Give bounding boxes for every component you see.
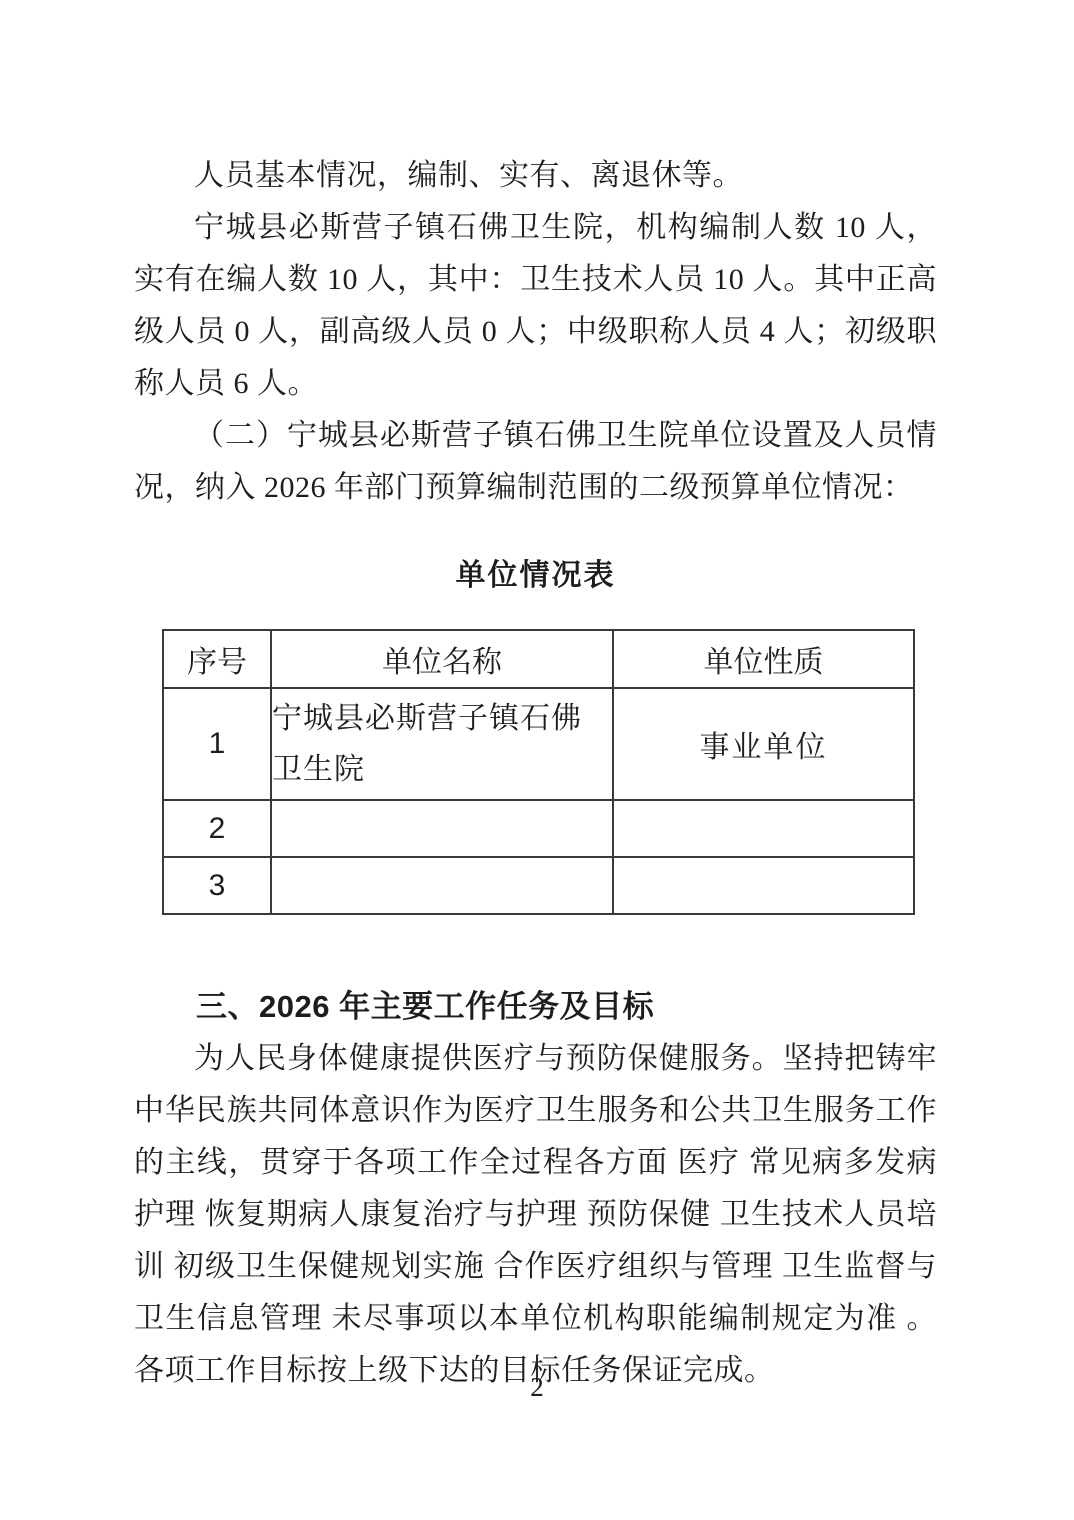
table-title: 单位情况表 xyxy=(134,556,937,596)
cell-serial-number: 1 xyxy=(163,688,271,800)
document-page: 人员基本情况，编制、实有、离退休等。 宁城县必斯营子镇石佛卫生院，机构编制人数 … xyxy=(0,0,1074,1520)
header-unit-name: 单位名称 xyxy=(271,630,613,688)
paragraph-personnel-basics: 人员基本情况，编制、实有、离退休等。 xyxy=(134,150,937,202)
header-unit-nature: 单位性质 xyxy=(613,630,914,688)
page-number: 2 xyxy=(0,1372,1074,1403)
cell-unit-nature: 事业单位 xyxy=(613,688,914,800)
cell-serial-number: 3 xyxy=(163,857,271,914)
cell-unit-nature xyxy=(613,800,914,857)
cell-unit-name: 宁城县必斯营子镇石佛卫生院 xyxy=(271,688,613,800)
header-serial-number: 序号 xyxy=(163,630,271,688)
page-content: 人员基本情况，编制、实有、离退休等。 宁城县必斯营子镇石佛卫生院，机构编制人数 … xyxy=(0,0,1074,1397)
cell-serial-number: 2 xyxy=(163,800,271,857)
unit-situation-table: 序号 单位名称 单位性质 1 宁城县必斯营子镇石佛卫生院 事业单位 2 3 xyxy=(162,629,915,915)
table-row: 2 xyxy=(163,800,914,857)
cell-unit-name xyxy=(271,800,613,857)
paragraph-staffing-numbers: 宁城县必斯营子镇石佛卫生院，机构编制人数 10 人，实有在编人数 10 人，其中… xyxy=(134,202,937,410)
cell-unit-name xyxy=(271,857,613,914)
section-heading-2026-tasks: 三、2026 年主要工作任务及目标 xyxy=(134,985,937,1029)
table-row: 1 宁城县必斯营子镇石佛卫生院 事业单位 xyxy=(163,688,914,800)
paragraph-work-tasks: 为人民身体健康提供医疗与预防保健服务。坚持把铸牢中华民族共同体意识作为医疗卫生服… xyxy=(134,1033,937,1397)
table-header-row: 序号 单位名称 单位性质 xyxy=(163,630,914,688)
paragraph-unit-setup-intro: （二）宁城县必斯营子镇石佛卫生院单位设置及人员情况，纳入 2026 年部门预算编… xyxy=(134,410,937,514)
table-row: 3 xyxy=(163,857,914,914)
cell-unit-nature xyxy=(613,857,914,914)
